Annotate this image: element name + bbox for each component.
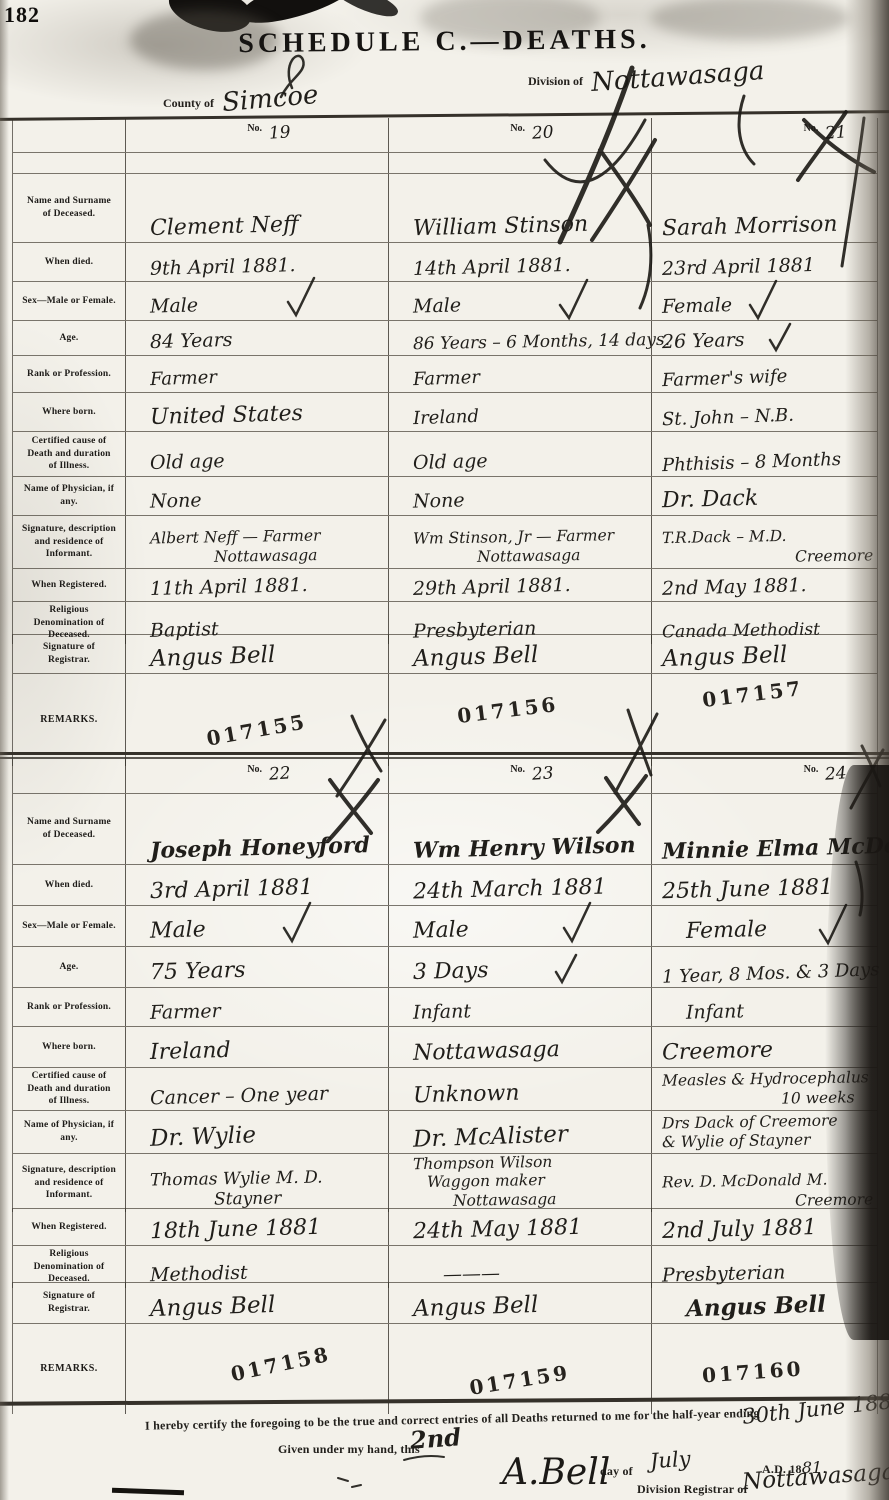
informant-cell-19: Albert Neff — Farmer Nottawasaga [125, 516, 388, 568]
value-handwriting: 24th May 1881 [413, 1215, 583, 1244]
sex-row: Sex—Male or Female. Male Male Female [12, 282, 877, 321]
value-handwriting: 25th June 1881 [662, 875, 834, 904]
row-label-text: When died. [45, 879, 93, 892]
value-handwriting: Creemore [795, 1190, 874, 1210]
physician-cell-22: Dr. Wylie [125, 1111, 388, 1153]
cause-cell-19: Old age [125, 432, 388, 476]
name-row: Name and Surname of Deceased. Joseph Hon… [12, 794, 877, 865]
row-label-cause: Certified cause of Death and duration of… [12, 1068, 125, 1110]
value-handwriting: Infant [413, 1000, 472, 1024]
value-handwriting: 11th April 1881. [150, 574, 308, 600]
when-died-row: When died. 9th April 1881. 14th April 18… [12, 243, 877, 282]
cause-cell-20: Old age [388, 432, 651, 476]
age-row: Age. 84 Years 86 Years – 6 Months, 14 da… [12, 321, 877, 356]
value-handwriting: Male [150, 294, 199, 317]
row-label-informant: Signature, description and residence of … [12, 1154, 125, 1212]
value-handwriting: Stayner [214, 1188, 282, 1209]
row-label-text: Religious Denomination of Deceased. [22, 1248, 116, 1286]
row-label-text: Where born. [42, 1041, 96, 1054]
value-handwriting: 23rd April 1881 [662, 254, 816, 280]
value-handwriting: 24th March 1881 [413, 874, 607, 904]
value-handwriting: Dr. McAlister [413, 1121, 569, 1152]
registered-cell-20: 29th April 1881. [388, 569, 651, 601]
where-born-cell-23: Nottawasaga [388, 1027, 651, 1067]
value-handwriting: Waggon maker [427, 1171, 545, 1191]
value-handwriting: Female [662, 294, 733, 318]
value-handwriting: Thomas Wylie M. D. [150, 1167, 323, 1190]
row-label-text: Sex—Male or Female. [22, 920, 116, 933]
value-handwriting: 18th June 1881 [150, 1215, 322, 1244]
value-handwriting: Drs Dack of Creemore [662, 1112, 838, 1133]
row-label-text: Signature of Registrar. [22, 641, 116, 666]
row-label-registered: When Registered. [12, 569, 125, 601]
entry-number-handwriting: 21 [825, 122, 848, 143]
value-handwriting: Angus Bell [662, 642, 788, 672]
entry-22-number-cell: No.22 [125, 759, 388, 793]
registration-stamp-number: 017156 [456, 692, 560, 728]
no-label: No. [247, 123, 262, 134]
physician-cell-23: Dr. McAlister [388, 1111, 651, 1153]
value-handwriting: Farmer [150, 1000, 221, 1024]
registration-stamp-number: 017159 [468, 1360, 572, 1400]
cause-row: Certified cause of Death and duration of… [12, 1068, 877, 1111]
value-handwriting: Joseph Honeyford [150, 832, 370, 864]
row-label-age: Age. [12, 321, 125, 355]
row-label-text: Sex—Male or Female. [22, 295, 116, 308]
registrar-cell-23: Angus Bell [388, 1283, 651, 1323]
row-label-text: Signature, description and residence of … [22, 523, 116, 561]
row-label-registered: When Registered. [12, 1209, 125, 1245]
registered-cell-21: 2nd May 1881. [651, 569, 877, 601]
where-born-row: Where born. United States Ireland St. Jo… [12, 393, 877, 432]
scan-bottom-mark [112, 1488, 184, 1496]
religion-row: Religious Denomination of Deceased. Meth… [12, 1246, 877, 1283]
row-label-where-born: Where born. [12, 393, 125, 431]
name-cell-19: Clement Neff [125, 174, 388, 242]
registration-stamp-number: 017155 [205, 709, 309, 750]
entry-number-handwriting: 23 [531, 763, 554, 784]
when-died-cell-24: 25th June 1881 [651, 865, 877, 905]
rank-cell-21: Farmer's wife [651, 356, 877, 392]
value-handwriting: 1 Year, 8 Mos. & 3 Days [662, 959, 880, 988]
value-handwriting: 75 Years [150, 958, 246, 985]
registration-stamp-number: 017158 [229, 1342, 333, 1387]
when-died-row: When died. 3rd April 1881 24th March 188… [12, 865, 877, 906]
row-label-text: Age. [59, 961, 78, 974]
value-handwriting: Phthisis – 8 Months [662, 449, 842, 476]
value-handwriting: Ireland [413, 406, 480, 429]
value-handwriting: Angus Bell [686, 1291, 827, 1323]
sex-cell-22: Male [125, 906, 388, 946]
registrar-row: Signature of Registrar. Angus Bell Angus… [12, 635, 877, 674]
rank-cell-19: Farmer [125, 356, 388, 392]
value-handwriting: William Stinson [413, 212, 589, 242]
value-handwriting: Ireland [150, 1038, 231, 1065]
name-cell-20: William Stinson [388, 174, 651, 242]
cause-cell-21: Phthisis – 8 Months [651, 432, 877, 476]
row-label-cause: Certified cause of Death and duration of… [12, 432, 125, 476]
value-handwriting: Infant [686, 1000, 745, 1024]
entry-number-row: No.19 No.20 No.21 [12, 118, 877, 153]
division-label: Division of [528, 74, 583, 88]
value-handwriting: Farmer [150, 367, 218, 390]
given-day-handwriting: 2nd [410, 1424, 461, 1453]
row-label-registrar: Signature of Registrar. [12, 635, 125, 673]
corner-cell [12, 118, 125, 152]
spacer-cell [388, 153, 651, 173]
name-cell-22: Joseph Honeyford [125, 794, 388, 864]
where-born-cell-22: Ireland [125, 1027, 388, 1067]
informant-cell-24: Rev. D. McDonald M. Creemore [651, 1154, 877, 1212]
value-handwriting: Nottawasaga [741, 1459, 889, 1496]
rank-cell-24: Infant [651, 988, 877, 1026]
spacer-cell [12, 153, 125, 173]
row-label-text: Name of Physician, if any. [22, 483, 116, 508]
row-label-name: Name and Surname of Deceased. [12, 794, 125, 864]
value-handwriting: Dr. Wylie [150, 1122, 257, 1152]
row-label-sex: Sex—Male or Female. [12, 282, 125, 320]
where-born-cell-19: United States [125, 393, 388, 431]
registered-cell-19: 11th April 1881. [125, 569, 388, 601]
value-handwriting: 3rd April 1881 [150, 875, 314, 904]
physician-row: Name of Physician, if any. None None Dr.… [12, 477, 877, 516]
age-cell-22: 75 Years [125, 947, 388, 987]
value-handwriting: 3 Days [413, 958, 489, 985]
row-label-name: Name and Surname of Deceased. [12, 174, 125, 242]
sex-row: Sex—Male or Female. Male Male Female [12, 906, 877, 947]
value-handwriting: Male [150, 917, 206, 943]
name-cell-21: Sarah Morrison [651, 174, 877, 242]
informant-row: Signature, description and residence of … [12, 516, 877, 569]
physician-cell-19: None [125, 477, 388, 515]
registrar-cell-20: Angus Bell [388, 635, 651, 673]
entry-number-handwriting: 24 [825, 763, 848, 784]
when-died-cell-19: 9th April 1881. [125, 243, 388, 281]
row-label-text: Signature, description and residence of … [22, 1164, 116, 1202]
value-handwriting: Sarah Morrison [662, 212, 838, 242]
religion-cell-22: Methodist [125, 1246, 388, 1288]
value-handwriting: 10 weeks [781, 1088, 855, 1108]
value-handwriting: Farmer's wife [662, 366, 788, 391]
informant-cell-21: T.R.Dack – M.D. Creemore [651, 516, 877, 568]
religion-cell-24: Presbyterian [651, 1246, 877, 1288]
county-value-handwriting: Simcoe [221, 80, 320, 118]
division-registrar-label: Division Registrar of [637, 1482, 748, 1497]
value-handwriting: Nottawasaga [453, 1190, 557, 1210]
row-label-text: Age. [59, 332, 78, 345]
age-cell-21: 26 Years [651, 321, 877, 355]
row-label-when-died: When died. [12, 865, 125, 905]
given-under-hand-label: Given under my hand, this [278, 1442, 420, 1457]
row-label-text: Certified cause of Death and duration of… [22, 1070, 116, 1108]
spacer-cell [125, 153, 388, 173]
registrar-cell-21: Angus Bell [651, 635, 877, 673]
cause-cell-22: Cancer – One year [125, 1068, 388, 1110]
scan-ink-blot [329, 0, 401, 23]
row-label-text: When Registered. [31, 579, 106, 592]
spacer-row [12, 153, 877, 174]
section-separator-rule-b [0, 757, 889, 759]
row-label-text: REMARKS. [40, 713, 98, 726]
sex-cell-19: Male [125, 282, 388, 320]
rank-row: Rank or Profession. Farmer Infant Infant [12, 988, 877, 1027]
entry-number-row: No.22 No.23 No.24 [12, 759, 877, 794]
value-handwriting: 26 Years [662, 329, 745, 353]
registered-cell-24: 2nd July 1881 [651, 1209, 877, 1245]
where-born-cell-21: St. John – N.B. [651, 393, 877, 431]
informant-cell-22: Thomas Wylie M. D. Stayner [125, 1154, 388, 1212]
scan-left-edge-shadow [0, 0, 9, 1500]
value-handwriting: Creemore [795, 546, 874, 566]
entry-number-handwriting: 20 [531, 122, 554, 143]
row-label-text: Rank or Profession. [27, 368, 111, 381]
age-row: Age. 75 Years 3 Days 1 Year, 8 Mos. & 3 … [12, 947, 877, 988]
where-born-cell-24: Creemore [651, 1027, 877, 1067]
value-handwriting: Female [686, 917, 768, 944]
sex-cell-20: Male [388, 282, 651, 320]
row-label-where-born: Where born. [12, 1027, 125, 1067]
age-cell-20: 86 Years – 6 Months, 14 days. [388, 321, 651, 355]
row-label-text: Name of Physician, if any. [22, 1119, 116, 1144]
row-label-physician: Name of Physician, if any. [12, 477, 125, 515]
value-handwriting: Male [413, 917, 469, 943]
month-handwriting: July [650, 1448, 691, 1472]
religion-cell-23: ——— [388, 1246, 651, 1288]
sex-cell-23: Male [388, 906, 651, 946]
signature-handwriting: A.Bell [502, 1452, 610, 1493]
row-label-text: Where born. [42, 406, 96, 419]
value-handwriting: Angus Bell [150, 642, 276, 672]
registered-row: When Registered. 11th April 1881. 29th A… [12, 569, 877, 602]
entry-number-handwriting: 22 [268, 763, 291, 784]
registered-cell-23: 24th May 1881 [388, 1209, 651, 1245]
age-cell-24: 1 Year, 8 Mos. & 3 Days [651, 947, 877, 987]
row-label-text: Rank or Profession. [27, 1001, 111, 1014]
rank-cell-23: Infant [388, 988, 651, 1026]
row-label-physician: Name of Physician, if any. [12, 1111, 125, 1153]
row-label-when-died: When died. [12, 243, 125, 281]
value-handwriting: None [413, 489, 465, 512]
value-handwriting: T.R.Dack – M.D. [662, 527, 787, 547]
value-handwriting: Unknown [413, 1081, 520, 1109]
value-handwriting: Old age [413, 450, 488, 474]
value-handwriting: United States [150, 401, 303, 430]
row-label-informant: Signature, description and residence of … [12, 516, 125, 568]
value-handwriting: Nottawasaga [477, 546, 581, 566]
no-label: No. [247, 764, 262, 775]
registered-cell-22: 18th June 1881 [125, 1209, 388, 1245]
rank-cell-22: Farmer [125, 988, 388, 1026]
value-handwriting: Nottawasaga [413, 1037, 560, 1066]
physician-cell-24: Drs Dack of Creemore & Wylie of Stayner [651, 1111, 877, 1153]
entry-24-number-cell: No.24 [651, 759, 877, 793]
row-label-registrar: Signature of Registrar. [12, 1283, 125, 1323]
row-label-text: Certified cause of Death and duration of… [22, 435, 116, 473]
value-handwriting: Angus Bell [413, 642, 539, 672]
value-handwriting: 2nd May 1881. [662, 574, 807, 600]
spacer-cell [651, 153, 877, 173]
section-separator-rule-a [0, 752, 889, 755]
value-handwriting: 86 Years – 6 Months, 14 days. [413, 330, 670, 354]
county-label: County of [163, 96, 214, 110]
row-label-text: When Registered. [31, 1221, 106, 1234]
no-label: No. [510, 123, 525, 134]
registrar-signature: A.Bell [502, 1452, 610, 1493]
registrar-cell-24: Angus Bell [651, 1283, 877, 1323]
value-handwriting: Male [413, 294, 462, 317]
value-handwriting: None [150, 489, 202, 512]
value-handwriting: Dr. Dack [662, 486, 759, 514]
informant-row: Signature, description and residence of … [12, 1154, 877, 1209]
informant-cell-20: Wm Stinson, Jr — Farmer Nottawasaga [388, 516, 651, 568]
entry-number-handwriting: 19 [268, 122, 291, 143]
row-label-text: Name and Surname of Deceased. [22, 816, 116, 841]
physician-cell-21: Dr. Dack [651, 477, 877, 515]
physician-row: Name of Physician, if any. Dr. Wylie Dr.… [12, 1111, 877, 1154]
value-handwriting: 29th April 1881. [413, 574, 571, 600]
value-handwriting: ——— [443, 1262, 501, 1285]
value-handwriting: & Wylie of Stayner [662, 1130, 811, 1151]
row-label-rank: Rank or Profession. [12, 988, 125, 1026]
name-row: Name and Surname of Deceased. Clement Ne… [12, 174, 877, 243]
age-cell-19: 84 Years [125, 321, 388, 355]
cause-cell-23: Unknown [388, 1068, 651, 1110]
sex-cell-24: Female [651, 906, 877, 946]
when-died-cell-22: 3rd April 1881 [125, 865, 388, 905]
division-field: Division ofNottawasaga [528, 62, 765, 92]
registrar-cell-22: Angus Bell [125, 1283, 388, 1323]
when-died-cell-23: 24th March 1881 [388, 865, 651, 905]
where-born-row: Where born. Ireland Nottawasaga Creemore [12, 1027, 877, 1068]
entry-20-number-cell: No.20 [388, 118, 651, 152]
corner-cell [12, 759, 125, 793]
value-handwriting: Old age [150, 450, 225, 474]
entry-21-number-cell: No.21 [651, 118, 877, 152]
value-handwriting: Farmer [413, 367, 481, 390]
registration-stamp-number: 017157 [701, 676, 805, 712]
division-value-handwriting: Nottawasaga [590, 56, 765, 98]
value-handwriting: Angus Bell [413, 1292, 539, 1322]
value-handwriting: Wm Henry Wilson [413, 832, 636, 864]
value-handwriting: Cancer – One year [150, 1083, 329, 1110]
rank-cell-20: Farmer [388, 356, 651, 392]
cause-cell-24: Measles & Hydrocephalus 10 weeks [651, 1068, 877, 1110]
deaths-table-section-1: No.19 No.20 No.21 Name and Surname of De… [12, 118, 878, 766]
registrar-row: Signature of Registrar. Angus Bell Angus… [12, 1283, 877, 1324]
value-handwriting: July [649, 1447, 691, 1474]
certification-date-handwriting: 30th June 1881. [742, 1396, 889, 1420]
value-handwriting: Angus Bell [150, 1292, 276, 1322]
informant-cell-23: Thompson Wilson Waggon maker Nottawasaga [388, 1154, 651, 1212]
where-born-cell-20: Ireland [388, 393, 651, 431]
age-cell-23: 3 Days [388, 947, 651, 987]
scanned-death-register-page: 182 SCHEDULE C.—DEATHS. County ofSimcoe … [0, 0, 889, 1500]
value-handwriting: Nottawasaga [214, 546, 318, 566]
name-cell-23: Wm Henry Wilson [388, 794, 651, 864]
value-handwriting: Creemore [662, 1038, 774, 1066]
row-label-sex: Sex—Male or Female. [12, 906, 125, 946]
row-label-religion: Religious Denomination of Deceased. [12, 1246, 125, 1288]
cause-row: Certified cause of Death and duration of… [12, 432, 877, 477]
row-label-text: When died. [45, 256, 93, 269]
deaths-table-section-2: No.22 No.23 No.24 Name and Surname of De… [12, 759, 878, 1414]
row-label-rank: Rank or Profession. [12, 356, 125, 392]
rank-row: Rank or Profession. Farmer Farmer Farmer… [12, 356, 877, 393]
row-label-text: Signature of Registrar. [22, 1290, 116, 1315]
no-label: No. [804, 764, 819, 775]
when-died-cell-20: 14th April 1881. [388, 243, 651, 281]
registration-stamp-number: 017160 [701, 1356, 804, 1387]
physician-cell-20: None [388, 477, 651, 515]
row-label-text: Name and Surname of Deceased. [22, 195, 116, 220]
no-label: No. [510, 764, 525, 775]
value-handwriting: 2nd [409, 1422, 462, 1454]
value-handwriting: Albert Neff — Farmer [150, 527, 321, 548]
registrar-cell-19: Angus Bell [125, 635, 388, 673]
value-handwriting: 84 Years [150, 329, 233, 353]
page-number-stamp: 182 [4, 2, 40, 28]
value-handwriting: Measles & Hydrocephalus [662, 1069, 869, 1091]
registered-row: When Registered. 18th June 1881 24th May… [12, 1209, 877, 1246]
county-field: County ofSimcoe [163, 84, 318, 114]
no-label: No. [804, 123, 819, 134]
value-handwriting: Minnie Elma McDonald [662, 831, 889, 865]
value-handwriting: St. John – N.B. [662, 405, 795, 431]
value-handwriting: 14th April 1881. [413, 254, 571, 280]
name-cell-24: Minnie Elma McDonald [651, 794, 877, 864]
value-handwriting: Wm Stinson, Jr — Farmer [413, 527, 614, 549]
sex-cell-21: Female [651, 282, 877, 320]
value-handwriting: 2nd July 1881 [662, 1215, 817, 1244]
value-handwriting: Rev. D. McDonald M. [662, 1171, 828, 1192]
value-handwriting: Clement Neff [150, 212, 299, 241]
row-label-text: REMARKS. [40, 1362, 98, 1375]
religion-row: Religious Denomination of Deceased. Bapt… [12, 602, 877, 635]
value-handwriting: 9th April 1881. [150, 254, 296, 280]
entry-19-number-cell: No.19 [125, 118, 388, 152]
division-registrar-handwriting: Nottawasaga [742, 1464, 889, 1490]
entry-23-number-cell: No.23 [388, 759, 651, 793]
when-died-cell-21: 23rd April 1881 [651, 243, 877, 281]
row-label-age: Age. [12, 947, 125, 987]
